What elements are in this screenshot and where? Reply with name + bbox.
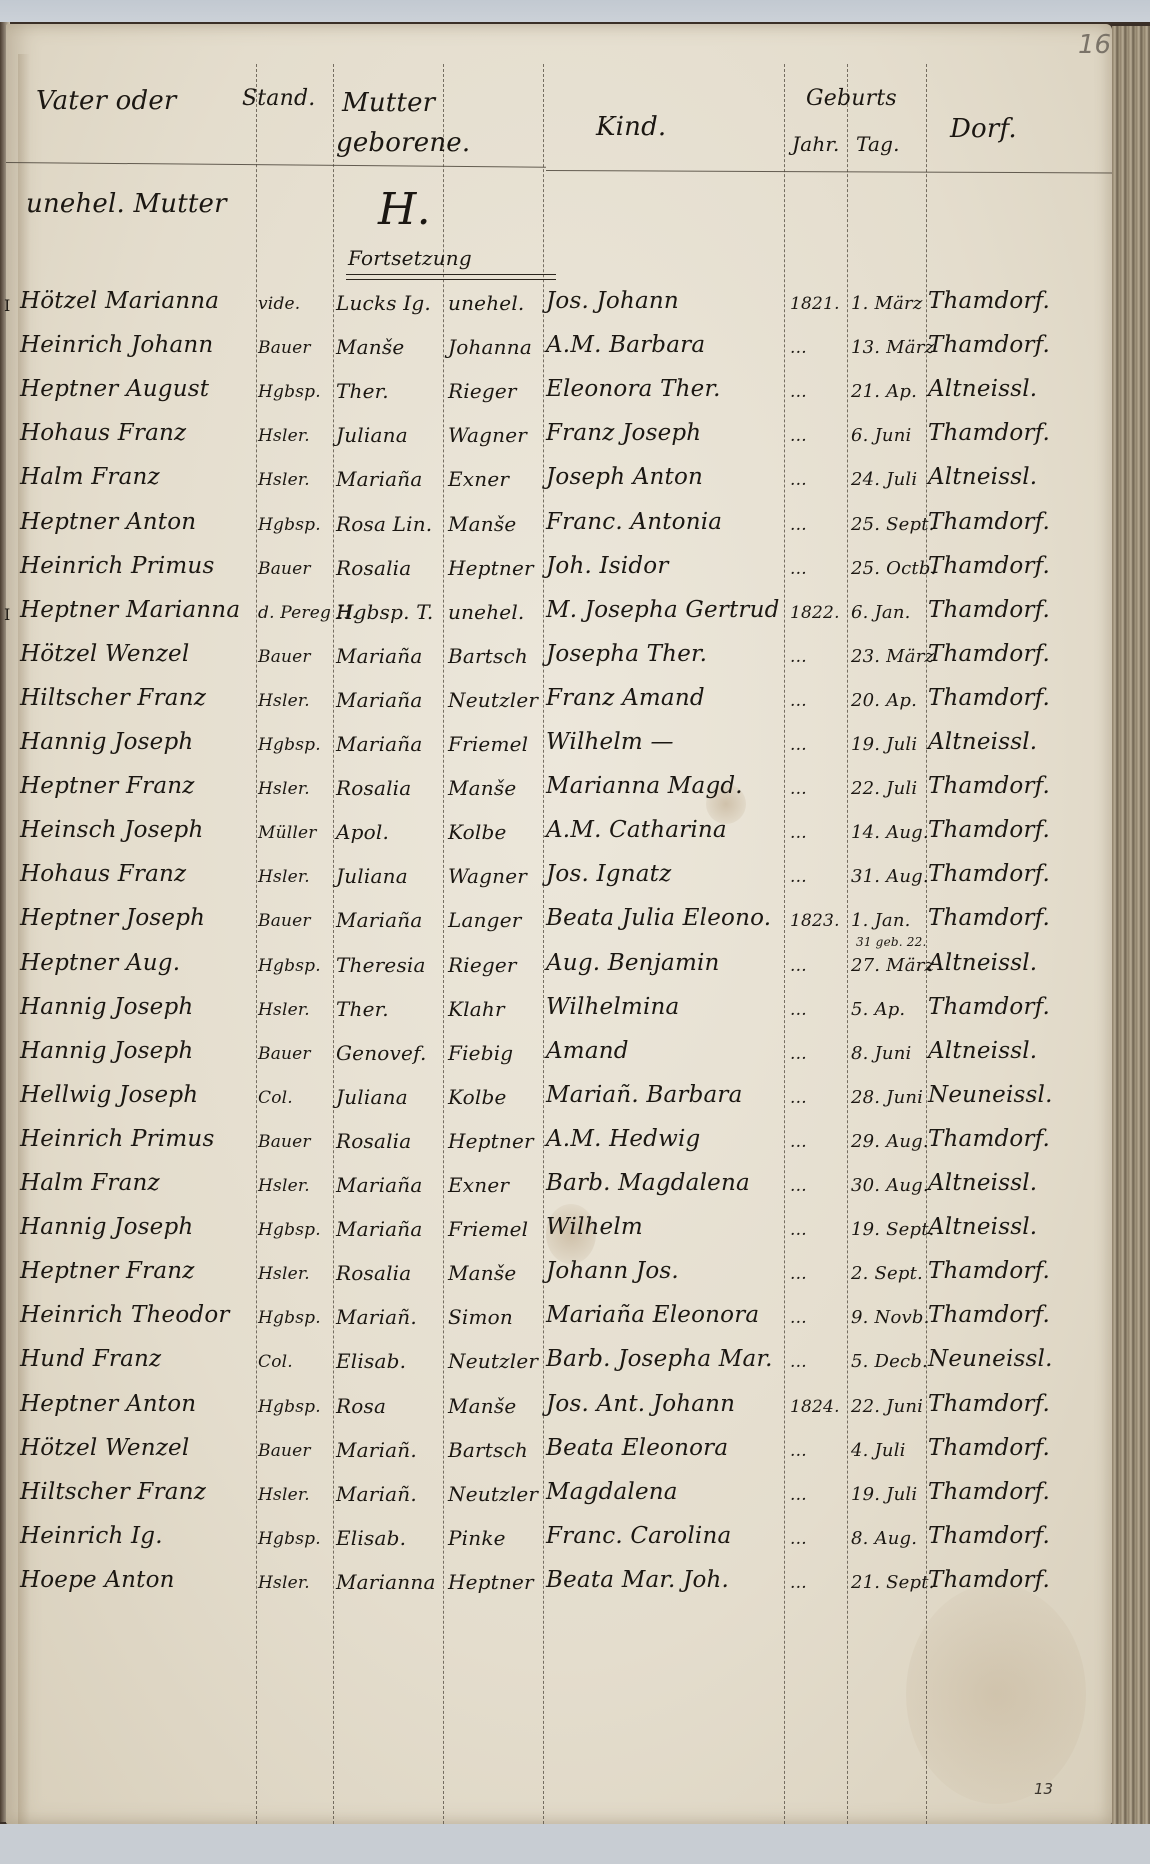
father-name: Hoepe Anton <box>20 1567 175 1593</box>
mother-maiden-name: unehel. <box>448 600 524 624</box>
register-entry-row: Halm FranzHsler.MariañaExnerJoseph Anton… <box>6 462 1112 502</box>
mother-maiden-name: Simon <box>448 1305 513 1329</box>
register-entry-row: Hötzel WenzelBauerMariañaBartschJosepha … <box>6 639 1112 679</box>
birth-year: ... <box>790 1088 807 1108</box>
mother-maiden-name: Rieger <box>448 953 517 977</box>
mother-maiden-name: Pinke <box>448 1526 506 1550</box>
mother-first-name: Theresia <box>336 953 426 977</box>
father-name: Hiltscher Franz <box>20 685 206 711</box>
mother-maiden-name: Neutzler <box>448 1482 538 1506</box>
birth-year: ... <box>790 1529 807 1549</box>
mother-maiden-name: Johanna <box>448 335 532 359</box>
mother-first-name: Mariaña <box>336 688 423 712</box>
register-entry-row: Heptner JosephBauerMariañaLangerBeata Ju… <box>6 903 1112 943</box>
village: Altneissl. <box>928 376 1037 402</box>
folio-number: 16 <box>1078 30 1111 60</box>
birth-day: 6. Jan. <box>851 602 911 623</box>
register-entry-row: Heptner FranzHsler.RosaliaManšeMarianna … <box>6 771 1112 811</box>
paper-stain <box>906 1584 1086 1804</box>
father-name: Heinrich Primus <box>20 1126 214 1152</box>
child-name: Beata Mar. Joh. <box>546 1567 729 1593</box>
village: Thamdorf. <box>928 861 1050 887</box>
mother-first-name: Mariaña <box>336 1217 423 1241</box>
child-name: A.M. Hedwig <box>546 1126 700 1152</box>
register-entry-row: Hannig JosephHsler.Ther.KlahrWilhelmina.… <box>6 992 1112 1032</box>
birth-year: ... <box>790 470 807 490</box>
birth-day: 8. Aug. <box>851 1528 917 1549</box>
mother-first-name: Juliana <box>336 423 408 447</box>
birth-year: ... <box>790 1441 807 1461</box>
section-underline <box>346 274 556 280</box>
mother-maiden-name: unehel. <box>448 291 524 315</box>
mother-first-name: Rosa Lin. <box>336 512 432 536</box>
birth-day: 23. März <box>851 646 934 667</box>
birth-year: 1824. <box>790 1397 840 1417</box>
mother-maiden-name: Klahr <box>448 997 505 1021</box>
father-name: Heptner Joseph <box>20 905 205 931</box>
mother-maiden-name: Wagner <box>448 864 527 888</box>
register-entry-row: IHötzel Mariannavide.Lucks Ig.unehel.Jos… <box>6 286 1112 326</box>
mother-maiden-name: Langer <box>448 908 522 932</box>
father-status: Bauer <box>258 647 311 667</box>
birth-year: ... <box>790 338 807 358</box>
father-status: Hgbsp. <box>258 735 321 755</box>
father-name: Halm Franz <box>20 464 160 490</box>
mother-maiden-name: Neutzler <box>448 1349 538 1373</box>
register-entry-row: Heptner AugustHgbsp.Ther.RiegerEleonora … <box>6 374 1112 414</box>
village: Neuneissl. <box>928 1082 1053 1108</box>
register-entry-row: Hoepe AntonHsler.MariannaHeptnerBeata Ma… <box>6 1565 1112 1605</box>
register-entry-row: Hiltscher FranzHsler.MariañaNeutzlerFran… <box>6 683 1112 723</box>
village: Thamdorf. <box>928 288 1050 314</box>
father-name: Heptner Franz <box>20 1258 195 1284</box>
mother-maiden-name: Bartsch <box>448 644 528 668</box>
mother-first-name: Ther. <box>336 997 389 1021</box>
birth-day: 4. Juli <box>851 1440 906 1461</box>
birth-day: 25. Sept. <box>851 514 935 535</box>
child-name: Magdalena <box>546 1479 678 1505</box>
birth-year: ... <box>790 559 807 579</box>
birth-year: ... <box>790 735 807 755</box>
child-name: Franz Amand <box>546 685 705 711</box>
child-name: Johann Jos. <box>546 1258 679 1284</box>
father-name: Hötzel Wenzel <box>20 641 189 667</box>
father-status: vide. <box>258 294 300 314</box>
father-name: Heptner Anton <box>20 1391 196 1417</box>
header-village: Dorf. <box>950 114 1017 144</box>
header-birth-year: Jahr. <box>792 132 840 156</box>
birth-day: 19. Sept. <box>851 1219 935 1240</box>
mother-maiden-name: Neutzler <box>448 688 538 712</box>
father-name: Heptner Franz <box>20 773 195 799</box>
father-name: Hiltscher Franz <box>20 1479 206 1505</box>
header-father-line2: unehel. Mutter <box>26 189 227 219</box>
mother-first-name: Juliana <box>336 864 408 888</box>
child-name: Aug. Benjamin <box>546 950 720 976</box>
mother-first-name: Lucks Ig. <box>336 291 431 315</box>
mother-first-name: Ther. <box>336 379 389 403</box>
child-name: Wilhelmina <box>546 994 679 1020</box>
father-name: Heinsch Joseph <box>20 817 203 843</box>
mother-first-name: Rosalia <box>336 1129 411 1153</box>
birth-year: 1822. <box>790 603 840 623</box>
village: Thamdorf. <box>928 1435 1050 1461</box>
register-entry-row: Heptner AntonHgbsp.Rosa Lin.ManšeFranc. … <box>6 507 1112 547</box>
mother-first-name: Elisab. <box>336 1349 406 1373</box>
child-name: Franz Joseph <box>546 420 701 446</box>
entry-marker: I <box>4 605 10 624</box>
register-entry-row: Hannig JosephHgbsp.MariañaFriemelWilhelm… <box>6 1212 1112 1252</box>
section-letter: H. <box>378 184 431 235</box>
village: Thamdorf. <box>928 1391 1050 1417</box>
father-status: Hgbsp. <box>258 1397 321 1417</box>
birth-day: 21. Ap. <box>851 381 917 402</box>
register-entry-row: Heptner FranzHsler.RosaliaManšeJohann Jo… <box>6 1256 1112 1296</box>
village: Altneissl. <box>928 464 1037 490</box>
child-name: Joseph Anton <box>546 464 703 490</box>
birth-day: 13. März <box>851 337 934 358</box>
father-name: Hohaus Franz <box>20 861 186 887</box>
village: Altneissl. <box>928 950 1037 976</box>
birth-year: ... <box>790 1352 807 1372</box>
father-name: Heinrich Theodor <box>20 1302 230 1328</box>
register-entry-row: Heinrich Ig.Hgbsp.Elisab.PinkeFranc. Car… <box>6 1521 1112 1561</box>
register-entry-row: Hund FranzCol.Elisab.NeutzlerBarb. Josep… <box>6 1344 1112 1384</box>
birth-year: ... <box>790 647 807 667</box>
birth-year: ... <box>790 956 807 976</box>
child-name: Beata Eleonora <box>546 1435 728 1461</box>
birth-day: 30. Aug. <box>851 1175 929 1196</box>
child-name: M. Josepha Gertrud <box>546 597 780 623</box>
father-status: Hsler. <box>258 1573 310 1593</box>
birth-year: ... <box>790 779 807 799</box>
register-entry-row: Hannig JosephBauerGenovef.FiebigAmand...… <box>6 1036 1112 1076</box>
mother-first-name: Rosalia <box>336 776 411 800</box>
mother-first-name: Manše <box>336 335 404 359</box>
father-status: Hgbsp. <box>258 382 321 402</box>
father-status: Bauer <box>258 1441 311 1461</box>
mother-maiden-name: Wagner <box>448 423 527 447</box>
father-name: Heptner Anton <box>20 509 196 535</box>
village: Thamdorf. <box>928 773 1050 799</box>
birth-year: ... <box>790 1264 807 1284</box>
register-entry-row: Hohaus FranzHsler.JulianaWagnerFranz Jos… <box>6 418 1112 458</box>
child-name: Franc. Antonia <box>546 509 722 535</box>
header-mother-line2: geborene. <box>336 128 470 158</box>
birth-day: 8. Juni <box>851 1043 911 1064</box>
birth-day: 5. Ap. <box>851 999 905 1020</box>
village: Thamdorf. <box>928 1258 1050 1284</box>
birth-year: ... <box>790 823 807 843</box>
village: Neuneissl. <box>928 1346 1053 1372</box>
birth-day: 14. Aug. <box>851 822 929 843</box>
register-entry-row: IHeptner Mariannad. Pereg H.Hgbsp. T.une… <box>6 595 1112 635</box>
background-bottom <box>0 1824 1150 1864</box>
birth-day: 20. Ap. <box>851 690 917 711</box>
mother-maiden-name: Manše <box>448 776 516 800</box>
register-entry-row: Heinrich PrimusBauerRosaliaHeptnerJoh. I… <box>6 551 1112 591</box>
mother-first-name: Hgbsp. T. <box>336 600 433 624</box>
child-name: Beata Julia Eleono. <box>546 905 771 931</box>
entry-marker: I <box>4 296 10 315</box>
birth-day: 19. Juli <box>851 1484 917 1505</box>
child-name: A.M. Catharina <box>546 817 727 843</box>
header-child: Kind. <box>596 112 666 142</box>
father-status: Hsler. <box>258 779 310 799</box>
village: Altneissl. <box>928 1170 1037 1196</box>
mother-maiden-name: Manše <box>448 1261 516 1285</box>
father-status: Hgbsp. <box>258 515 321 535</box>
register-entry-row: Heinrich TheodorHgbsp.Mariañ.SimonMariañ… <box>6 1300 1112 1340</box>
birth-year: ... <box>790 515 807 535</box>
birth-year: ... <box>790 1000 807 1020</box>
mother-maiden-name: Friemel <box>448 1217 528 1241</box>
child-name: A.M. Barbara <box>546 332 705 358</box>
father-status: Bauer <box>258 338 311 358</box>
father-name: Hannig Joseph <box>20 994 193 1020</box>
birth-day: 24. Juli <box>851 469 917 490</box>
father-status: Hsler. <box>258 426 310 446</box>
header-rule <box>6 162 546 168</box>
register-entry-row: Hohaus FranzHsler.JulianaWagnerJos. Igna… <box>6 859 1112 899</box>
birth-day: 28. Juni <box>851 1087 923 1108</box>
register-entry-row: Halm FranzHsler.MariañaExnerBarb. Magdal… <box>6 1168 1112 1208</box>
birth-day: 9. Novb. <box>851 1307 930 1328</box>
register-entry-row: Heptner Aug.Hgbsp.TheresiaRiegerAug. Ben… <box>6 948 1112 988</box>
header-birth: Geburts <box>806 86 897 111</box>
village: Thamdorf. <box>928 332 1050 358</box>
village: Thamdorf. <box>928 641 1050 667</box>
father-status: Hsler. <box>258 867 310 887</box>
child-name: Barb. Magdalena <box>546 1170 750 1196</box>
father-status: Hsler. <box>258 1000 310 1020</box>
birth-day: 1. März <box>851 293 923 314</box>
father-name: Hund Franz <box>20 1346 161 1372</box>
child-name: Wilhelm <box>546 1214 643 1240</box>
header-mother: Mutter <box>342 88 435 118</box>
birth-day: 27. März <box>851 955 934 976</box>
birth-year: 1821. <box>790 294 840 314</box>
birth-year: ... <box>790 1176 807 1196</box>
village: Thamdorf. <box>928 597 1050 623</box>
mother-first-name: Mariaña <box>336 1173 423 1197</box>
page-stack-edges <box>1112 26 1150 1826</box>
header-status: Stand. <box>242 86 315 111</box>
register-entry-row: Hellwig JosephCol.JulianaKolbeMariañ. Ba… <box>6 1080 1112 1120</box>
mother-first-name: Marianna <box>336 1570 436 1594</box>
birth-year: ... <box>790 1044 807 1064</box>
mother-first-name: Mariaña <box>336 644 423 668</box>
birth-year: ... <box>790 1132 807 1152</box>
mother-first-name: Mariañ. <box>336 1305 417 1329</box>
mother-first-name: Rosa <box>336 1394 386 1418</box>
father-status: Hsler. <box>258 470 310 490</box>
child-name: Jos. Ant. Johann <box>546 1391 735 1417</box>
father-name: Hötzel Wenzel <box>20 1435 189 1461</box>
birth-day: 2. Sept. <box>851 1263 923 1284</box>
child-name: Franc. Carolina <box>546 1523 731 1549</box>
village: Thamdorf. <box>928 1523 1050 1549</box>
birth-year: ... <box>790 867 807 887</box>
father-status: Hgbsp. <box>258 1308 321 1328</box>
mother-maiden-name: Kolbe <box>448 820 506 844</box>
village: Thamdorf. <box>928 1479 1050 1505</box>
header-father: Vater oder <box>36 86 177 116</box>
birth-day: 29. Aug. <box>851 1131 929 1152</box>
village: Thamdorf. <box>928 994 1050 1020</box>
mother-maiden-name: Exner <box>448 467 509 491</box>
father-status: Hgbsp. <box>258 956 321 976</box>
header-rule <box>546 170 1112 173</box>
mother-maiden-name: Rieger <box>448 379 517 403</box>
village: Thamdorf. <box>928 1567 1050 1593</box>
birth-year: ... <box>790 1485 807 1505</box>
mother-maiden-name: Manše <box>448 1394 516 1418</box>
mother-first-name: Mariaña <box>336 908 423 932</box>
mother-first-name: Rosalia <box>336 556 411 580</box>
birth-year: ... <box>790 691 807 711</box>
mother-first-name: Mariaña <box>336 732 423 756</box>
father-name: Heinrich Primus <box>20 553 214 579</box>
birth-day: 5. Decb. <box>851 1351 928 1372</box>
child-name: Mariañ. Barbara <box>546 1082 743 1108</box>
mother-maiden-name: Heptner <box>448 556 534 580</box>
father-name: Heinrich Johann <box>20 332 213 358</box>
village: Thamdorf. <box>928 817 1050 843</box>
village: Thamdorf. <box>928 1126 1050 1152</box>
register-entry-row: Hötzel WenzelBauerMariañ.BartschBeata El… <box>6 1433 1112 1473</box>
village: Thamdorf. <box>928 905 1050 931</box>
father-name: Hannig Joseph <box>20 1038 193 1064</box>
father-status: Col. <box>258 1088 293 1108</box>
mother-first-name: Elisab. <box>336 1526 406 1550</box>
village: Thamdorf. <box>928 509 1050 535</box>
father-status: Hsler. <box>258 1264 310 1284</box>
mother-maiden-name: Manše <box>448 512 516 536</box>
father-status: Hgbsp. <box>258 1220 321 1240</box>
register-page: 16 13 Vater oder unehel. Mutter Stand. M… <box>6 24 1112 1824</box>
register-entry-row: Heptner AntonHgbsp.RosaManšeJos. Ant. Jo… <box>6 1389 1112 1429</box>
birth-day: 25. Octb. <box>851 558 936 579</box>
father-status: Bauer <box>258 559 311 579</box>
birth-year: 1823. <box>790 911 840 931</box>
register-entry-row: Hiltscher FranzHsler.Mariañ.NeutzlerMagd… <box>6 1477 1112 1517</box>
father-name: Hötzel Marianna <box>20 288 219 314</box>
child-name: Barb. Josepha Mar. <box>546 1346 773 1372</box>
child-name: Wilhelm — <box>546 729 674 755</box>
father-status: Hsler. <box>258 1176 310 1196</box>
birth-day: 19. Juli <box>851 734 917 755</box>
father-name: Halm Franz <box>20 1170 160 1196</box>
register-entry-row: Heinsch JosephMüllerApol.KolbeA.M. Catha… <box>6 815 1112 855</box>
father-name: Hannig Joseph <box>20 729 193 755</box>
birth-day: 31. Aug. <box>851 866 929 887</box>
father-name: Hannig Joseph <box>20 1214 193 1240</box>
mother-first-name: Mariaña <box>336 467 423 491</box>
village: Altneissl. <box>928 729 1037 755</box>
child-name: Jos. Ignatz <box>546 861 671 887</box>
mother-first-name: Juliana <box>336 1085 408 1109</box>
birth-year: ... <box>790 426 807 446</box>
mother-maiden-name: Heptner <box>448 1129 534 1153</box>
birth-day: 21. Sept. <box>851 1572 935 1593</box>
register-entry-row: Heinrich JohannBauerManšeJohannaA.M. Bar… <box>6 330 1112 370</box>
birth-day: 6. Juni <box>851 425 911 446</box>
village: Thamdorf. <box>928 685 1050 711</box>
birth-day: 22. Juni <box>851 1396 923 1417</box>
village: Thamdorf. <box>928 553 1050 579</box>
birth-year: ... <box>790 1220 807 1240</box>
birth-year: ... <box>790 382 807 402</box>
mother-first-name: Genovef. <box>336 1041 427 1065</box>
father-status: Bauer <box>258 1044 311 1064</box>
mother-first-name: Apol. <box>336 820 389 844</box>
father-status: Hsler. <box>258 1485 310 1505</box>
father-name: Heptner Marianna <box>20 597 240 623</box>
mother-maiden-name: Kolbe <box>448 1085 506 1109</box>
father-status: Col. <box>258 1352 293 1372</box>
mother-maiden-name: Friemel <box>448 732 528 756</box>
child-name: Mariaña Eleonora <box>546 1302 759 1328</box>
child-name: Eleonora Ther. <box>546 376 721 402</box>
child-name: Josepha Ther. <box>546 641 707 667</box>
mother-first-name: Mariañ. <box>336 1438 417 1462</box>
father-status: Müller <box>258 823 317 843</box>
bottom-page-number: 13 <box>1034 1780 1053 1798</box>
child-name: Joh. Isidor <box>546 553 669 579</box>
father-status: Hsler. <box>258 691 310 711</box>
father-name: Hellwig Joseph <box>20 1082 198 1108</box>
village: Thamdorf. <box>928 1302 1050 1328</box>
child-name: Amand <box>546 1038 629 1064</box>
register-entry-row: Hannig JosephHgbsp.MariañaFriemelWilhelm… <box>6 727 1112 767</box>
mother-first-name: Rosalia <box>336 1261 411 1285</box>
header-birth-day: Tag. <box>856 132 900 156</box>
father-status: Bauer <box>258 911 311 931</box>
village: Altneissl. <box>928 1038 1037 1064</box>
village: Thamdorf. <box>928 420 1050 446</box>
mother-maiden-name: Exner <box>448 1173 509 1197</box>
birth-year: ... <box>790 1573 807 1593</box>
child-name: Marianna Magd. <box>546 773 743 799</box>
father-name: Hohaus Franz <box>20 420 186 446</box>
birth-year: ... <box>790 1308 807 1328</box>
father-name: Heptner Aug. <box>20 950 180 976</box>
father-name: Heptner August <box>20 376 209 402</box>
village: Altneissl. <box>928 1214 1037 1240</box>
father-status: Bauer <box>258 1132 311 1152</box>
mother-maiden-name: Heptner <box>448 1570 534 1594</box>
section-continuation: Fortsetzung <box>348 246 472 270</box>
birth-day: 22. Juli <box>851 778 917 799</box>
father-status: Hgbsp. <box>258 1529 321 1549</box>
mother-first-name: Mariañ. <box>336 1482 417 1506</box>
birth-day: 1. Jan. <box>851 910 911 931</box>
mother-maiden-name: Fiebig <box>448 1041 513 1065</box>
register-entry-row: Heinrich PrimusBauerRosaliaHeptnerA.M. H… <box>6 1124 1112 1164</box>
mother-maiden-name: Bartsch <box>448 1438 528 1462</box>
father-name: Heinrich Ig. <box>20 1523 163 1549</box>
child-name: Jos. Johann <box>546 288 679 314</box>
